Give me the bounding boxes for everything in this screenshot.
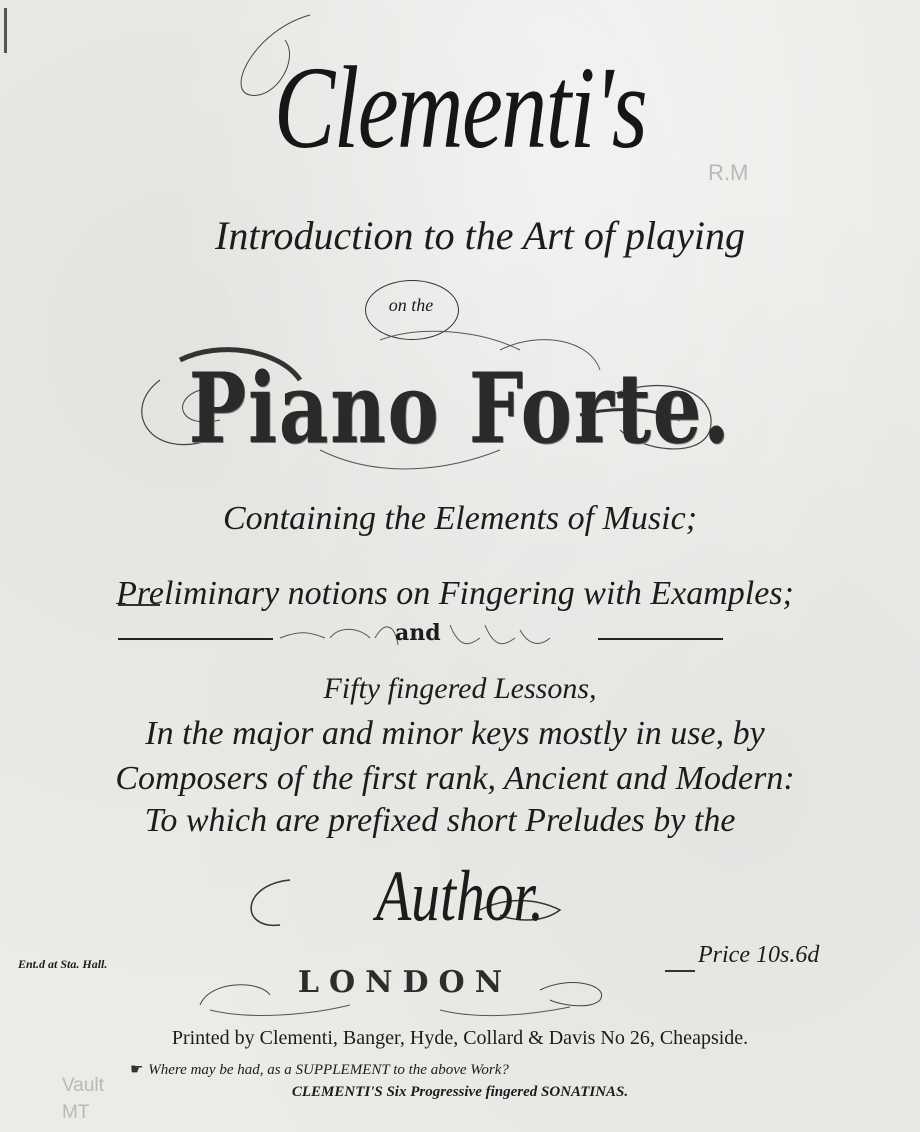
author-heading: Author.: [92, 855, 828, 938]
on-the-text: on the: [365, 295, 457, 316]
fifty-lessons-line: Fifty fingered Lessons,: [0, 672, 920, 706]
rule-right: [598, 638, 723, 640]
supplement-text: Where may be had, as a SUPPLEMENT to the…: [148, 1062, 509, 1078]
supplement-line: ☛ Where may be had, as a SUPPLEMENT to t…: [130, 1060, 509, 1079]
title-clementis: Clementi's: [101, 40, 819, 176]
rule-left: [118, 638, 273, 640]
piano-forte-heading: Piano Forte.: [92, 352, 828, 465]
preliminary-underline: [118, 604, 160, 606]
subtitle: Introduction to the Art of playing: [40, 212, 920, 259]
pencil-mark-vault: Vault: [62, 1075, 104, 1097]
and-connector: and: [395, 620, 441, 646]
margin-mark: [4, 8, 7, 53]
london-imprint: LONDON: [190, 965, 620, 1000]
preludes-line: To which are prefixed short Preludes by …: [0, 802, 920, 840]
containing-line: Containing the Elements of Music;: [0, 500, 920, 538]
sonatinas-line: CLEMENTI'S Six Progressive fingered SONA…: [0, 1084, 920, 1101]
pencil-mark-mt: MT: [62, 1102, 89, 1124]
pencil-mark-rm: R.M: [708, 160, 748, 186]
pointing-hand-icon: ☛: [130, 1060, 143, 1078]
entered-at-stationers-hall: Ent.d at Sta. Hall.: [18, 957, 107, 972]
title-page: Clementi's R.M Introduction to the Art o…: [0, 0, 920, 1132]
printer-line: Printed by Clementi, Banger, Hyde, Colla…: [0, 1027, 920, 1050]
composers-line: Composers of the first rank, Ancient and…: [0, 760, 920, 798]
keys-line: In the major and minor keys mostly in us…: [0, 715, 920, 753]
price-rule: [665, 970, 695, 972]
price: Price 10s.6d: [698, 942, 819, 969]
preliminary-line: Preliminary notions on Fingering with Ex…: [0, 575, 920, 613]
